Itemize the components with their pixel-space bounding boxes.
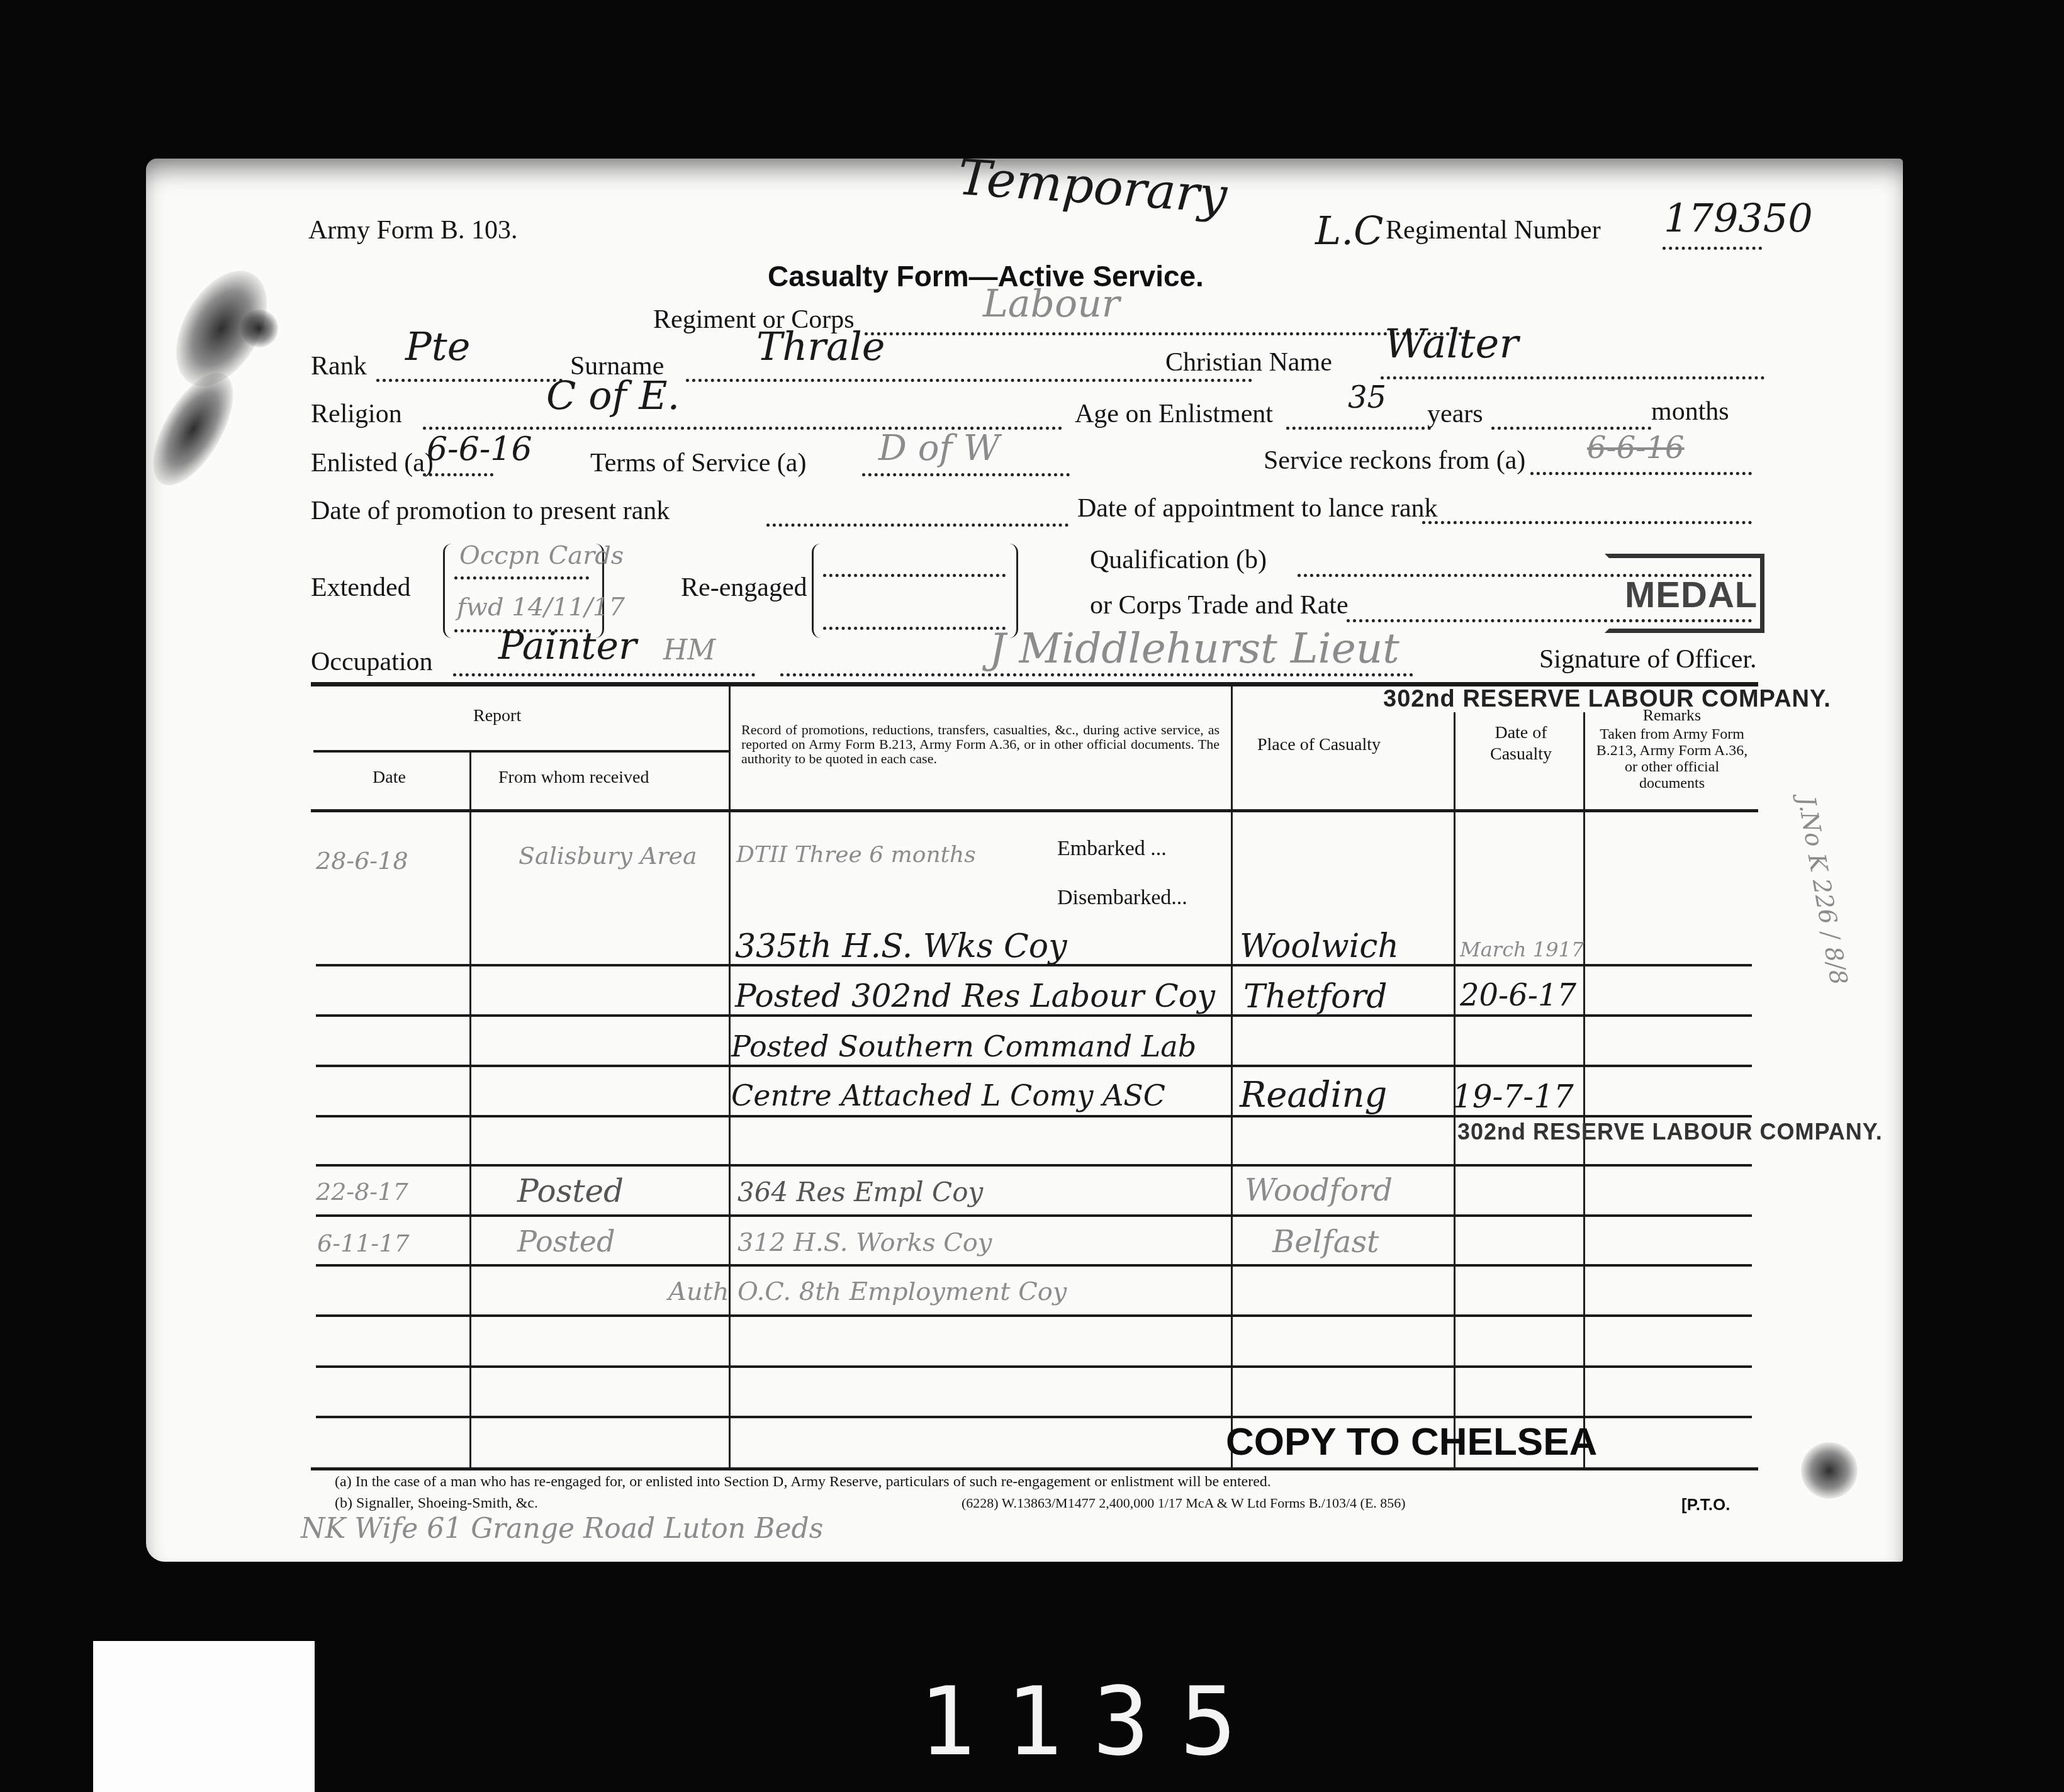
service-reckons-line: [1530, 472, 1752, 475]
terms-line: [862, 473, 1070, 476]
form-id: Army Form B. 103.: [308, 215, 518, 245]
row-0-record: DTII Three 6 months: [736, 842, 976, 868]
row-3-date-cas: 20-6-17: [1460, 978, 1576, 1013]
row-rule: [316, 1365, 1752, 1368]
extended-value-2: fwd 14/11/17: [457, 593, 625, 622]
age-label: Age on Enlistment: [1075, 399, 1273, 429]
qualification-label: Qualification (b): [1090, 545, 1267, 575]
rank-value: Pte: [405, 323, 470, 369]
col-divider-record: [1231, 686, 1233, 1467]
col-divider-date: [469, 750, 471, 1467]
christian-name-value: Walter: [1384, 321, 1518, 367]
lance-rank-line: [1422, 521, 1752, 524]
margin-note: J.No K 226 / 8/8: [1793, 794, 1853, 987]
service-reckons-value: 6-6-16: [1587, 430, 1685, 466]
terms-value: D of W: [878, 428, 1000, 469]
age-value: 35: [1348, 380, 1386, 415]
row-9-from: Auth: [668, 1277, 729, 1306]
occupation-line: [453, 673, 755, 676]
religion-value: C of E.: [546, 372, 680, 418]
row-3-record: Posted 302nd Res Labour Coy: [735, 978, 1215, 1014]
row-8-date: 6-11-17: [317, 1229, 410, 1257]
row-rule: [316, 1164, 1752, 1167]
copy-to-chelsea-stamp: COPY TO CHELSEA: [1226, 1420, 1597, 1464]
row-3-place: Thetford: [1243, 978, 1388, 1016]
row-7-record: 364 Res Empl Coy: [738, 1177, 983, 1207]
row-8-place: Belfast: [1272, 1224, 1379, 1260]
row-2-date-cas: March 1917: [1460, 938, 1584, 961]
header-date-of-casualty: Date of Casualty: [1467, 722, 1574, 765]
christian-name-line: [1381, 376, 1764, 379]
row-5-place: Reading: [1240, 1075, 1387, 1116]
occupation-note: HM: [663, 634, 715, 666]
row-9-record: O.C. 8th Employment Coy: [738, 1277, 1067, 1306]
row-7-from: Posted: [517, 1173, 624, 1209]
regimental-number-line: [1663, 247, 1762, 250]
row-2-place: Woolwich: [1240, 927, 1399, 965]
officer-signature-label: Signature of Officer.: [1539, 644, 1757, 675]
header-remarks-title: Remarks: [1593, 706, 1751, 725]
row-rule: [316, 1264, 1752, 1267]
row-rule: [316, 1014, 1752, 1017]
footnote-b: (b) Signaller, Shoeing-Smith, &c.: [335, 1495, 538, 1512]
reengaged-label: Re-engaged: [681, 573, 807, 603]
next-of-kin: NK Wife 61 Grange Road Luton Beds: [301, 1513, 823, 1545]
row-2-record: 335th H.S. Wks Coy: [735, 927, 1067, 965]
occupation-value: Painter: [498, 624, 637, 668]
surname-value: Thrale: [756, 323, 885, 369]
ink-stain: [240, 310, 278, 347]
col-divider-datecas: [1583, 712, 1585, 1467]
terms-label: Terms of Service (a): [590, 448, 806, 478]
ink-stain: [1801, 1442, 1858, 1499]
printer-imprint: (6228) W.13863/M1477 2,400,000 1/17 McA …: [962, 1495, 1406, 1511]
disembarked-label: Disembarked...: [1057, 886, 1187, 910]
promotion-label: Date of promotion to present rank: [311, 496, 670, 526]
rank-line: [376, 379, 563, 382]
header-remarks: Taken from Army Form B.213, Army Form A.…: [1593, 726, 1751, 792]
extended-value-1: Occpn Cards: [459, 541, 624, 570]
header-date: Date: [373, 768, 406, 788]
header-report: Report: [473, 706, 521, 726]
company-stamp-mid: 302nd RESERVE LABOUR COMPANY.: [1457, 1119, 1883, 1145]
pto-mark: [P.T.O.: [1681, 1495, 1730, 1515]
reengaged-line-1: [823, 574, 1006, 577]
extended-line-1: [454, 576, 589, 580]
annotation-lc: L.C: [1315, 208, 1383, 254]
row-7-date: 22-8-17: [316, 1178, 408, 1206]
row-4-record: Posted Southern Command Lab: [731, 1029, 1196, 1063]
surname-line: [686, 379, 1252, 382]
embarked-label: Embarked ...: [1057, 837, 1167, 861]
regimental-number-label: Regimental Number: [1386, 215, 1601, 245]
enlisted-value: 6-6-16: [427, 430, 532, 468]
officer-signature-value: J Middlehurst Lieut: [989, 624, 1399, 673]
service-reckons-label: Service reckons from (a): [1264, 445, 1525, 476]
row-rule: [316, 1416, 1752, 1418]
christian-name-label: Christian Name: [1165, 347, 1332, 378]
extended-label: Extended: [311, 573, 411, 603]
row-rule: [316, 1314, 1752, 1317]
ink-stain: [146, 361, 249, 498]
row-0-from: Salisbury Area: [519, 842, 697, 870]
promotion-line: [766, 524, 1068, 527]
row-rule: [316, 1214, 1752, 1217]
header-from-whom: From whom received: [498, 768, 649, 788]
row-rule: [316, 1065, 1752, 1067]
officer-signature-line: [780, 673, 1413, 676]
reengaged-line-2: [823, 627, 1006, 630]
header-place: Place of Casualty: [1257, 735, 1381, 755]
row-8-record: 312 H.S. Works Coy: [738, 1228, 992, 1257]
months-line: [1491, 427, 1651, 430]
trade-label: or Corps Trade and Rate: [1090, 590, 1349, 620]
row-8-from: Posted: [517, 1224, 615, 1258]
casualty-form-paper: Army Form B. 103. Temporary L.C Regiment…: [146, 159, 1903, 1562]
annotation-temporary: Temporary: [956, 159, 1228, 225]
row-0-date: 28-6-18: [316, 847, 408, 875]
regiment-line: [865, 332, 1469, 335]
report-subrule: [313, 750, 729, 753]
regimental-number: 179350: [1664, 195, 1813, 241]
rank-label: Rank: [311, 351, 367, 381]
frame-number: 1135: [919, 1667, 1267, 1777]
row-7-place: Woodford: [1245, 1173, 1393, 1208]
reengaged-brace: [812, 544, 1018, 638]
film-label-card: [93, 1641, 315, 1792]
row-rule: [316, 1115, 1752, 1117]
header-record: Record of promotions, reductions, transf…: [741, 722, 1220, 766]
header-bottom-rule: [311, 809, 1758, 812]
occupation-label: Occupation: [311, 647, 433, 677]
table-bottom-rule: [311, 1467, 1758, 1470]
lance-rank-label: Date of appointment to lance rank: [1077, 493, 1438, 524]
col-divider-from: [729, 686, 731, 1467]
row-5-date-cas: 19-7-17: [1452, 1078, 1574, 1115]
medal-stamp: MEDAL: [1625, 574, 1758, 616]
enlisted-line: [423, 473, 493, 476]
regiment-value: Labour: [983, 282, 1119, 326]
religion-label: Religion: [311, 399, 402, 429]
row-5-record: Centre Attached L Comy ASC: [731, 1078, 1165, 1112]
enlisted-label: Enlisted (a): [311, 448, 434, 478]
months-label: months: [1651, 396, 1729, 427]
years-label: years: [1427, 399, 1483, 429]
age-line: [1286, 427, 1431, 430]
footnote-a: (a) In the case of a man who has re-enga…: [335, 1474, 1271, 1491]
